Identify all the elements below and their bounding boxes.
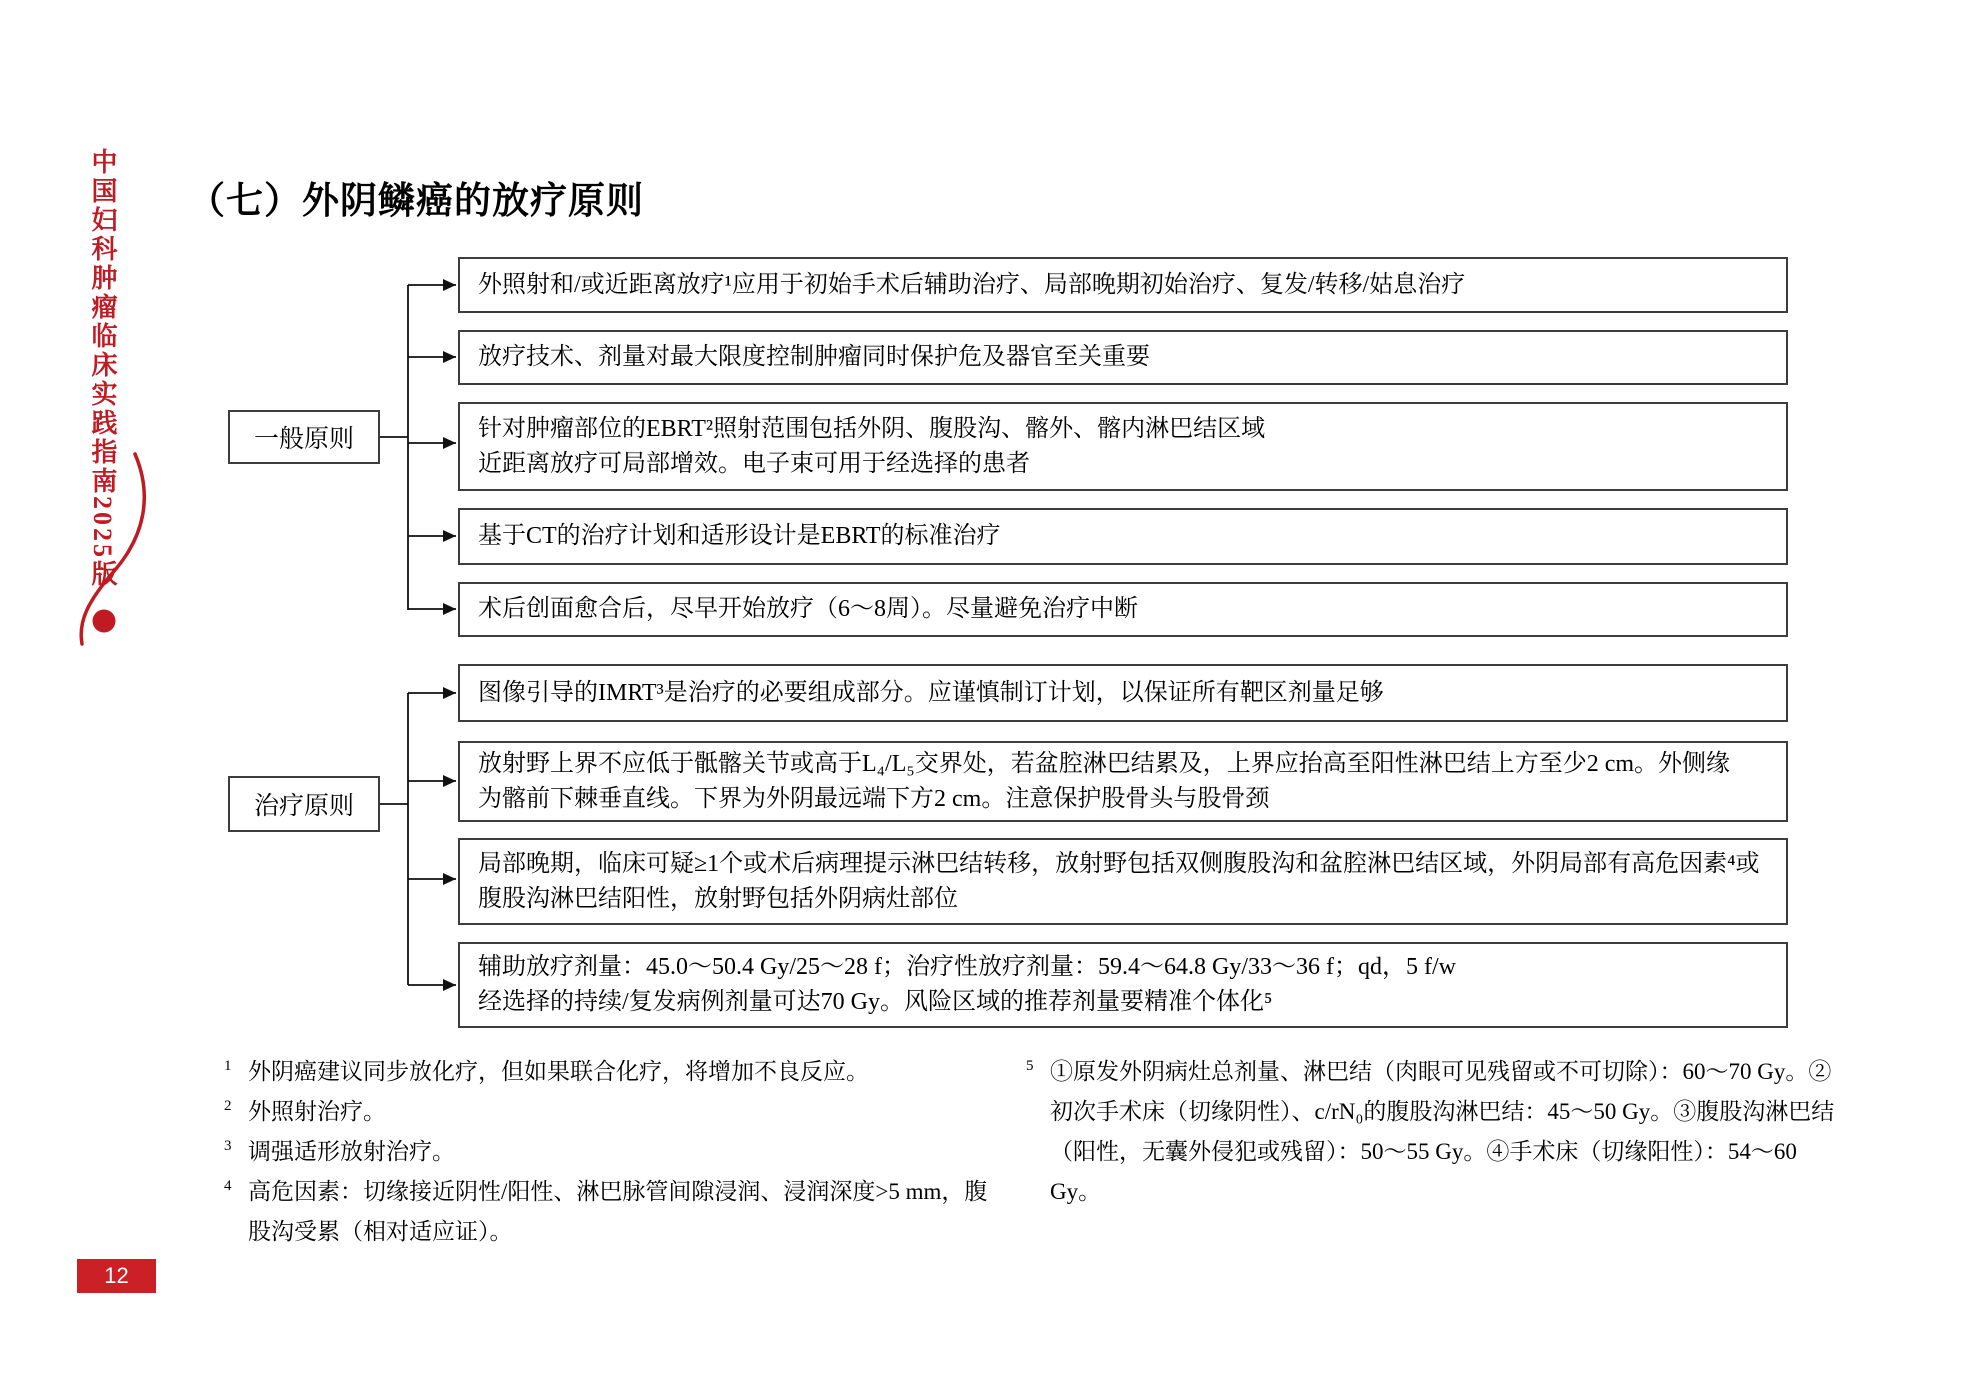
ribbon-curve-graphic	[58, 438, 188, 668]
flow-box-treatment-1: 图像引导的IMRT³是治疗的必要组成部分。应谨慎制订计划，以保证所有靶区剂量足够	[458, 664, 1788, 722]
flow-label-general-principles: 一般原则	[228, 410, 380, 464]
footnote-text: ①原发外阴病灶总剂量、淋巴结（肉眼可见残留或不可切除）：60～70 Gy。②初次…	[1050, 1052, 1838, 1212]
flow-box-text: 针对肿瘤部位的EBRT²照射范围包括外阴、腹股沟、髂外、髂内淋巴结区域	[478, 412, 1778, 447]
flow-box-general-4: 基于CT的治疗计划和适形设计是EBRT的标准治疗	[458, 508, 1788, 565]
flow-box-text: 腹股沟淋巴结阳性，放射野包括外阴病灶部位	[478, 882, 1778, 917]
footnote-text: 高危因素：切缘接近阴性/阳性、淋巴脉管间隙浸润、浸润深度>5 mm，腹股沟受累（…	[248, 1172, 988, 1252]
footnote-marker: 5	[1026, 1046, 1050, 1086]
flow-label-treatment-principles: 治疗原则	[228, 776, 380, 832]
flow-box-text: 近距离放疗可局部增效。电子束可用于经选择的患者	[478, 447, 1778, 482]
page-title: （七）外阴鳞癌的放疗原则	[188, 170, 644, 224]
flow-box-general-3: 针对肿瘤部位的EBRT²照射范围包括外阴、腹股沟、髂外、髂内淋巴结区域 近距离放…	[458, 402, 1788, 491]
flow-box-treatment-4: 辅助放疗剂量：45.0～50.4 Gy/25～28 f；治疗性放疗剂量：59.4…	[458, 942, 1788, 1028]
flow-box-text: 图像引导的IMRT³是治疗的必要组成部分。应谨慎制订计划，以保证所有靶区剂量足够	[478, 676, 1778, 711]
red-dot-icon	[93, 610, 116, 633]
footnote-marker: 2	[224, 1086, 248, 1126]
footnote-marker: 4	[224, 1166, 248, 1206]
flow-box-text: 经选择的持续/复发病例剂量可达70 Gy。风险区域的推荐剂量要精准个体化⁵	[478, 985, 1778, 1020]
footnote-item: 2 外照射治疗。	[224, 1092, 988, 1132]
flow-box-text: 辅助放疗剂量：45.0～50.4 Gy/25～28 f；治疗性放疗剂量：59.4…	[478, 950, 1778, 985]
flow-box-text: 术后创面愈合后，尽早开始放疗（6～8周）。尽量避免治疗中断	[478, 592, 1778, 627]
flow-box-text: 为髂前下棘垂直线。下界为外阴最远端下方2 cm。注意保护股骨头与股骨颈	[478, 782, 1778, 817]
document-page: 中国妇科肿瘤临床实践指南2025版 12 （七）外阴鳞癌的放疗原则 一般原则 治…	[0, 0, 1965, 1398]
footnote-item: 1 外阴癌建议同步放化疗，但如果联合化疗，将增加不良反应。	[224, 1052, 988, 1092]
flow-box-treatment-2: 放射野上界不应低于骶髂关节或高于L₄/L₅交界处，若盆腔淋巴结累及，上界应抬高至…	[458, 741, 1788, 822]
footnote-item: 4 高危因素：切缘接近阴性/阳性、淋巴脉管间隙浸润、浸润深度>5 mm，腹股沟受…	[224, 1172, 988, 1252]
footnotes-left-column: 1 外阴癌建议同步放化疗，但如果联合化疗，将增加不良反应。 2 外照射治疗。 3…	[224, 1052, 988, 1252]
flow-box-text: 放疗技术、剂量对最大限度控制肿瘤同时保护危及器官至关重要	[478, 340, 1778, 375]
page-number-badge: 12	[77, 1259, 156, 1293]
footnote-marker: 1	[224, 1046, 248, 1086]
flow-box-treatment-3: 局部晚期，临床可疑≥1个或术后病理提示淋巴结转移，放射野包括双侧腹股沟和盆腔淋巴…	[458, 838, 1788, 925]
flow-box-text: 局部晚期，临床可疑≥1个或术后病理提示淋巴结转移，放射野包括双侧腹股沟和盆腔淋巴…	[478, 847, 1778, 882]
flow-box-general-5: 术后创面愈合后，尽早开始放疗（6～8周）。尽量避免治疗中断	[458, 582, 1788, 637]
flow-box-text: 外照射和/或近距离放疗¹应用于初始手术后辅助治疗、局部晚期初始治疗、复发/转移/…	[478, 268, 1778, 303]
footnote-text: 调强适形放射治疗。	[248, 1132, 988, 1172]
footnote-text: 外阴癌建议同步放化疗，但如果联合化疗，将增加不良反应。	[248, 1052, 988, 1092]
flow-box-text: 放射野上界不应低于骶髂关节或高于L₄/L₅交界处，若盆腔淋巴结累及，上界应抬高至…	[478, 747, 1778, 782]
flow-box-text: 基于CT的治疗计划和适形设计是EBRT的标准治疗	[478, 519, 1778, 554]
flow-box-general-2: 放疗技术、剂量对最大限度控制肿瘤同时保护危及器官至关重要	[458, 330, 1788, 385]
flow-box-general-1: 外照射和/或近距离放疗¹应用于初始手术后辅助治疗、局部晚期初始治疗、复发/转移/…	[458, 257, 1788, 313]
footnote-item: 5 ①原发外阴病灶总剂量、淋巴结（肉眼可见残留或不可切除）：60～70 Gy。②…	[1026, 1052, 1838, 1212]
footnote-item: 3 调强适形放射治疗。	[224, 1132, 988, 1172]
footnotes-right-column: 5 ①原发外阴病灶总剂量、淋巴结（肉眼可见残留或不可切除）：60～70 Gy。②…	[1026, 1052, 1838, 1212]
footnote-text: 外照射治疗。	[248, 1092, 988, 1132]
footnote-marker: 3	[224, 1126, 248, 1166]
